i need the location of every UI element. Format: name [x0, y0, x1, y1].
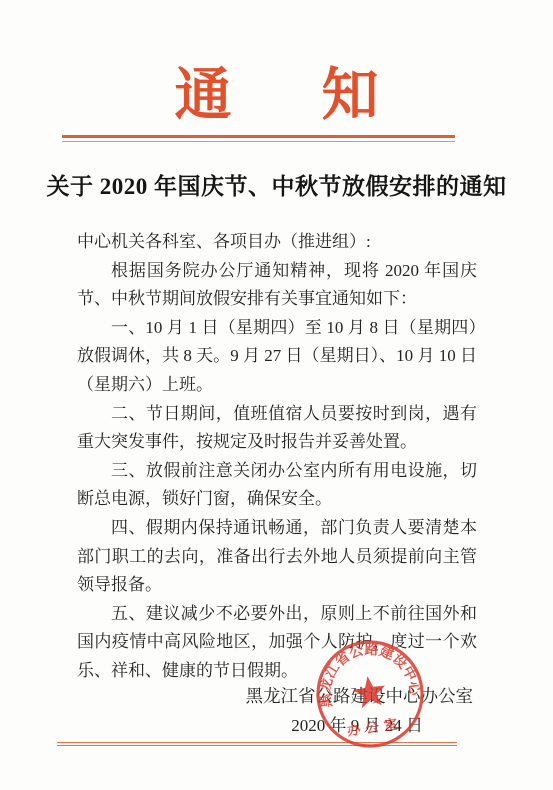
notice-paragraph: 四、假期内保持通讯畅通，部门负责人要清楚本部门职工的去向，准备出行去外地人员须提…	[77, 514, 477, 600]
document-body: 中心机关各科室、各项目办（推进组）: 根据国务院办公厅通知精神，现将 2020 …	[77, 228, 477, 686]
notice-page: 通知 关于 2020 年国庆节、中秋节放假安排的通知 中心机关各科室、各项目办（…	[0, 0, 553, 790]
footer-double-rule	[57, 742, 457, 746]
notice-paragraph: 一、10 月 1 日（星期四）至 10 月 8 日（星期四）放假调休，共 8 天…	[77, 314, 477, 400]
header-double-rule	[62, 135, 455, 142]
notice-paragraph: 五、建议减少不必要外出，原则上不前往国外和国内疫情中高风险地区，加强个人防护，度…	[77, 600, 477, 686]
signature-organization: 黑龙江省公路建设中心办公室	[246, 683, 474, 708]
notice-paragraph: 二、节日期间，值班值宿人员要按时到岗，遇有重大突发事件，按规定及时报告并妥善处置…	[77, 400, 477, 457]
signature-date: 2020 年 9 月 24 日	[291, 711, 423, 736]
salutation: 中心机关各科室、各项目办（推进组）:	[77, 228, 477, 257]
notice-header-title: 通知	[0, 60, 553, 131]
document-title: 关于 2020 年国庆节、中秋节放假安排的通知	[30, 168, 523, 201]
notice-paragraph: 三、放假前注意关闭办公室内所有用电设施，切断总电源，锁好门窗，确保安全。	[77, 457, 477, 514]
notice-paragraph: 根据国务院办公厅通知精神，现将 2020 年国庆节、中秋节期间放假安排有关事宜通…	[77, 257, 477, 314]
